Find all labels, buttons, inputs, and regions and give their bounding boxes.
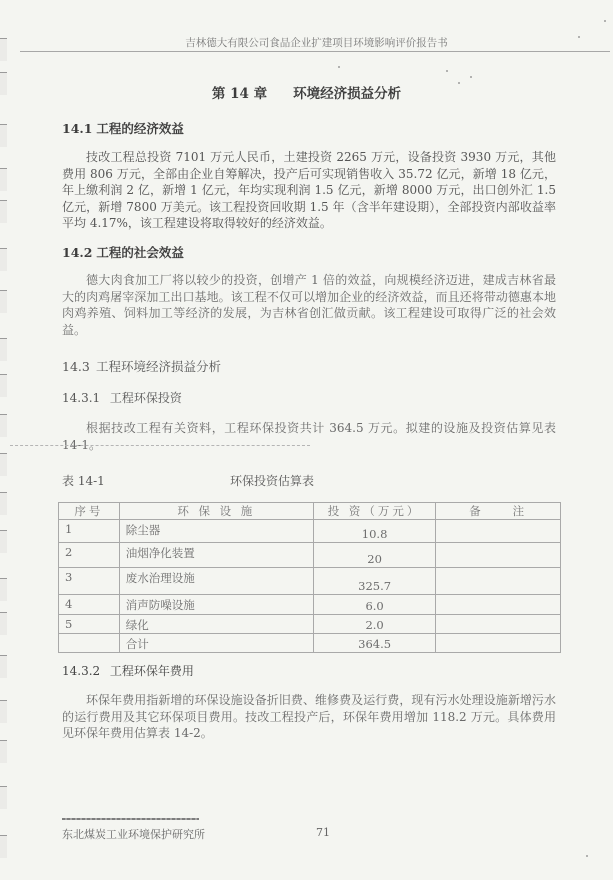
running-header: 吉林德大有限公司食品企业扩建项目环境影响评价报告书 [0,35,613,50]
column-header-investment: 投 资（万元） [313,503,436,520]
column-header-seq: 序号 [59,503,120,520]
table-total-row: 合计 364.5 [59,634,561,653]
footer-organization: 东北煤炭工业环境保护研究所 [62,826,205,842]
subsection-heading-14-3-1: 14.3.1 工程环保投资 [62,389,182,406]
paragraph-annual-env-cost: 环保年费用指新增的环保设施设备折旧费、维修费及运行费，现有污水处理设施新增污水的… [62,692,556,742]
column-header-facility: 环 保 设 施 [119,503,313,520]
binding-marks [0,0,8,880]
header-rule [20,51,610,52]
chapter-title: 第 14 章环境经济损益分析 [0,82,613,102]
scan-speck [338,66,340,68]
scan-speck [604,20,606,22]
paragraph-economic-benefit: 技改工程总投资 7101 万元人民币，土建投资 2265 万元，设备投资 393… [62,149,556,232]
table-label: 表 14-1 [62,472,105,489]
footer-rule [62,818,199,820]
paragraph-social-benefit: 德大肉食加工厂将以较少的投资，创增产 1 倍的效益，向规模经济迈进，建成吉林省最… [62,272,556,338]
env-investment-table: 序号 环 保 设 施 投 资（万元） 备 注 1 除尘器 10.8 2 油烟净化… [58,502,561,653]
column-header-note: 备 注 [436,503,561,520]
chapter-name: 环境经济损益分析 [293,86,401,102]
chapter-number: 第 14 章 [212,86,267,102]
table-row: 4 消声防噪设施 6.0 [59,595,561,615]
section-heading-14-2: 14.2 工程的社会效益 [62,243,184,261]
table-row: 5 绿化 2.0 [59,615,561,634]
table-row: 2 油烟净化装置 20 [59,543,561,568]
page-number: 71 [316,826,330,839]
table-title: 环保投资估算表 [230,472,314,489]
scan-speck [586,855,588,857]
subsection-heading-14-3-2: 14.3.2 工程环保年费用 [62,662,194,679]
document-page: 吉林德大有限公司食品企业扩建项目环境影响评价报告书 第 14 章环境经济损益分析… [0,0,613,880]
dashed-scan-line [10,445,310,446]
paragraph-env-investment: 根据技改工程有关资料，工程环保投资共计 364.5 万元。拟建的设施及投资估算见… [62,420,556,453]
table-row: 1 除尘器 10.8 [59,520,561,543]
table-header-row: 序号 环 保 设 施 投 资（万元） 备 注 [59,503,561,520]
scan-speck [470,76,472,78]
section-heading-14-3: 14.3 工程环境经济损益分析 [62,357,221,375]
table-row: 3 废水治理设施 325.7 [59,568,561,595]
scan-speck [446,70,448,72]
section-heading-14-1: 14.1 工程的经济效益 [62,119,184,137]
